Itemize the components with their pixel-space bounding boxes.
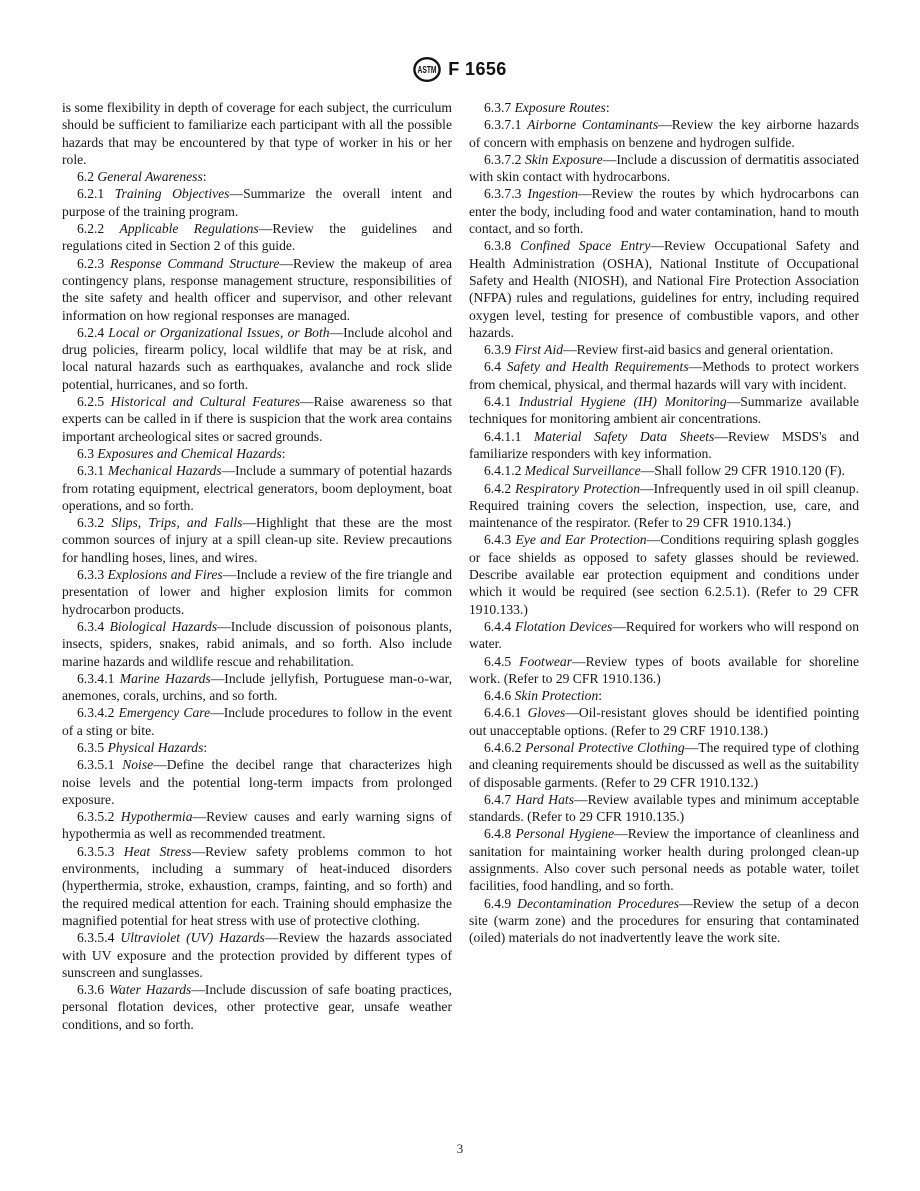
- section-title: Noise: [122, 757, 153, 772]
- paragraph: 6.4.4 Flotation Devices—Required for wor…: [469, 618, 859, 653]
- paragraph: 6.2.4 Local or Organizational Issues, or…: [62, 324, 452, 393]
- paragraph-text: —Shall follow 29 CFR 1910.120 (F).: [641, 463, 845, 478]
- paragraph: 6.3.5 Physical Hazards:: [62, 739, 452, 756]
- section-number: 6.4.4: [484, 619, 515, 634]
- section-number: 6.2.4: [77, 325, 108, 340]
- section-number: 6.3.1: [77, 463, 108, 478]
- section-number: 6.3.7.2: [484, 152, 525, 167]
- section-title: Airborne Contaminants: [527, 117, 658, 132]
- paragraph: 6.3.4.2 Emergency Care—Include procedure…: [62, 704, 452, 739]
- section-title: Safety and Health Requirements: [507, 359, 689, 374]
- section-title: Skin Exposure: [525, 152, 603, 167]
- section-title: Explosions and Fires: [108, 567, 223, 582]
- paragraph: 6.4.3 Eye and Ear Protection—Conditions …: [469, 531, 859, 617]
- left-column: is some flexibility in depth of coverage…: [62, 99, 452, 1033]
- section-number: 6.4.9: [484, 896, 517, 911]
- paragraph-text: :: [203, 740, 207, 755]
- paragraph: 6.4.1.1 Material Safety Data Sheets—Revi…: [469, 428, 859, 463]
- paragraph-text: :: [203, 169, 207, 184]
- paragraph-text: :: [282, 446, 286, 461]
- section-title: Personal Protective Clothing: [525, 740, 685, 755]
- section-number: 6.4.6: [484, 688, 515, 703]
- section-number: 6.4.2: [484, 481, 515, 496]
- section-number: 6.2: [77, 169, 97, 184]
- section-title: Medical Surveillance: [525, 463, 641, 478]
- section-title: Ingestion: [527, 186, 578, 201]
- section-number: 6.3.5.4: [77, 930, 120, 945]
- section-number: 6.4.8: [484, 826, 515, 841]
- section-title: Hypothermia: [121, 809, 193, 824]
- paragraph: 6.4.5 Footwear—Review types of boots ava…: [469, 653, 859, 688]
- paragraph: 6.3.3 Explosions and Fires—Include a rev…: [62, 566, 452, 618]
- section-number: 6.2.3: [77, 256, 110, 271]
- paragraph-text: :: [606, 100, 610, 115]
- paragraph: 6.3.7.1 Airborne Contaminants—Review the…: [469, 116, 859, 151]
- paragraph: 6.4 Safety and Health Requirements—Metho…: [469, 358, 859, 393]
- paragraph: 6.3.2 Slips, Trips, and Falls—Highlight …: [62, 514, 452, 566]
- section-number: 6.3.3: [77, 567, 108, 582]
- section-title: Exposures and Chemical Hazards: [97, 446, 281, 461]
- section-title: Decontamination Procedures: [517, 896, 679, 911]
- section-title: Footwear: [519, 654, 572, 669]
- section-title: Mechanical Hazards: [108, 463, 222, 478]
- section-number: 6.3: [77, 446, 97, 461]
- paragraph: 6.3.8 Confined Space Entry—Review Occupa…: [469, 237, 859, 341]
- section-title: Skin Protection: [515, 688, 599, 703]
- paragraph-text: —Review Occupational Safety and Health A…: [469, 238, 859, 339]
- section-number: 6.2.1: [77, 186, 115, 201]
- paragraph: 6.3.4.1 Marine Hazards—Include jellyfish…: [62, 670, 452, 705]
- paragraph: 6.3.4 Biological Hazards—Include discuss…: [62, 618, 452, 670]
- paragraph: is some flexibility in depth of coverage…: [62, 99, 452, 168]
- section-number: 6.3.8: [484, 238, 520, 253]
- right-column: 6.3.7 Exposure Routes:6.3.7.1 Airborne C…: [469, 99, 859, 1033]
- section-title: Eye and Ear Protection: [516, 532, 647, 547]
- section-title: Response Command Structure: [110, 256, 279, 271]
- section-title: Flotation Devices: [515, 619, 612, 634]
- paragraph: 6.3.5.2 Hypothermia—Review causes and ea…: [62, 808, 452, 843]
- section-title: Historical and Cultural Features: [111, 394, 300, 409]
- paragraph: 6.4.1 Industrial Hygiene (IH) Monitoring…: [469, 393, 859, 428]
- paragraph-text: :: [598, 688, 602, 703]
- paragraph: 6.2.3 Response Command Structure—Review …: [62, 255, 452, 324]
- section-title: Applicable Regulations: [120, 221, 259, 236]
- paragraph: 6.4.6.1 Gloves—Oil-resistant gloves shou…: [469, 704, 859, 739]
- section-number: 6.4.1.2: [484, 463, 525, 478]
- astm-logo-icon: ASTM: [413, 57, 441, 82]
- section-number: 6.3.7.1: [484, 117, 527, 132]
- paragraph: 6.3.7.2 Skin Exposure—Include a discussi…: [469, 151, 859, 186]
- section-number: 6.4.5: [484, 654, 519, 669]
- section-number: 6.3.2: [77, 515, 111, 530]
- section-title: General Awareness: [97, 169, 202, 184]
- section-number: 6.2.5: [77, 394, 111, 409]
- section-number: 6.3.4.2: [77, 705, 119, 720]
- section-title: Industrial Hygiene (IH) Monitoring: [519, 394, 727, 409]
- paragraph: 6.3.7.3 Ingestion—Review the routes by w…: [469, 185, 859, 237]
- document-body: is some flexibility in depth of coverage…: [0, 82, 920, 1033]
- section-number: 6.3.5.1: [77, 757, 122, 772]
- paragraph: 6.4.1.2 Medical Surveillance—Shall follo…: [469, 462, 859, 479]
- document-designation: F 1656: [448, 59, 506, 80]
- section-title: Emergency Care: [119, 705, 211, 720]
- paragraph: 6.3.9 First Aid—Review first-aid basics …: [469, 341, 859, 358]
- paragraph: 6.4.2 Respiratory Protection—Infrequentl…: [469, 480, 859, 532]
- section-title: Local or Organizational Issues, or Both: [108, 325, 329, 340]
- section-number: 6.2.2: [77, 221, 120, 236]
- section-number: 6.4.6.1: [484, 705, 528, 720]
- paragraph: 6.3.5.3 Heat Stress—Review safety proble…: [62, 843, 452, 929]
- section-number: 6.4.7: [484, 792, 516, 807]
- section-number: 6.3.4: [77, 619, 110, 634]
- paragraph: 6.2 General Awareness:: [62, 168, 452, 185]
- section-number: 6.4.6.2: [484, 740, 525, 755]
- section-title: Biological Hazards: [110, 619, 218, 634]
- paragraph: 6.4.9 Decontamination Procedures—Review …: [469, 895, 859, 947]
- paragraph: 6.3.6 Water Hazards—Include discussion o…: [62, 981, 452, 1033]
- section-number: 6.3.7: [484, 100, 515, 115]
- section-title: First Aid: [515, 342, 563, 357]
- section-title: Material Safety Data Sheets: [534, 429, 714, 444]
- section-number: 6.3.4.1: [77, 671, 120, 686]
- paragraph: 6.3.5.4 Ultraviolet (UV) Hazards—Review …: [62, 929, 452, 981]
- section-title: Gloves: [528, 705, 566, 720]
- section-number: 6.3.7.3: [484, 186, 527, 201]
- paragraph: 6.2.1 Training Objectives—Summarize the …: [62, 185, 452, 220]
- paragraph: 6.4.8 Personal Hygiene—Review the import…: [469, 825, 859, 894]
- paragraph-text: —Review first-aid basics and general ori…: [563, 342, 833, 357]
- section-title: Slips, Trips, and Falls: [111, 515, 242, 530]
- document-header: ASTM F 1656: [0, 0, 920, 82]
- paragraph: 6.3.1 Mechanical Hazards—Include a summa…: [62, 462, 452, 514]
- section-number: 6.3.9: [484, 342, 515, 357]
- astm-logo-text: ASTM: [418, 64, 437, 76]
- section-number: 6.4.3: [484, 532, 516, 547]
- paragraph: 6.3.5.1 Noise—Define the decibel range t…: [62, 756, 452, 808]
- paragraph: 6.2.2 Applicable Regulations—Review the …: [62, 220, 452, 255]
- section-title: Confined Space Entry: [520, 238, 650, 253]
- paragraph: 6.2.5 Historical and Cultural Features—R…: [62, 393, 452, 445]
- section-title: Personal Hygiene: [515, 826, 614, 841]
- section-title: Heat Stress: [124, 844, 192, 859]
- section-number: 6.4: [484, 359, 507, 374]
- section-number: 6.3.6: [77, 982, 109, 997]
- section-title: Physical Hazards: [108, 740, 204, 755]
- paragraph: 6.4.6.2 Personal Protective Clothing—The…: [469, 739, 859, 791]
- paragraph: 6.4.7 Hard Hats—Review available types a…: [469, 791, 859, 826]
- section-title: Training Objectives: [115, 186, 230, 201]
- section-number: 6.3.5: [77, 740, 108, 755]
- document-page: ASTM F 1656 is some flexibility in depth…: [0, 0, 920, 1191]
- section-title: Hard Hats: [516, 792, 574, 807]
- paragraph-text: is some flexibility in depth of coverage…: [62, 100, 452, 167]
- paragraph: 6.3.7 Exposure Routes:: [469, 99, 859, 116]
- section-title: Ultraviolet (UV) Hazards: [120, 930, 264, 945]
- section-title: Respiratory Protection: [515, 481, 640, 496]
- section-title: Water Hazards: [109, 982, 191, 997]
- section-number: 6.4.1.1: [484, 429, 534, 444]
- paragraph: 6.3 Exposures and Chemical Hazards:: [62, 445, 452, 462]
- section-title: Marine Hazards: [120, 671, 211, 686]
- section-number: 6.3.5.3: [77, 844, 124, 859]
- section-number: 6.3.5.2: [77, 809, 121, 824]
- page-number: 3: [0, 1141, 920, 1157]
- paragraph: 6.4.6 Skin Protection:: [469, 687, 859, 704]
- section-title: Exposure Routes: [515, 100, 606, 115]
- section-number: 6.4.1: [484, 394, 519, 409]
